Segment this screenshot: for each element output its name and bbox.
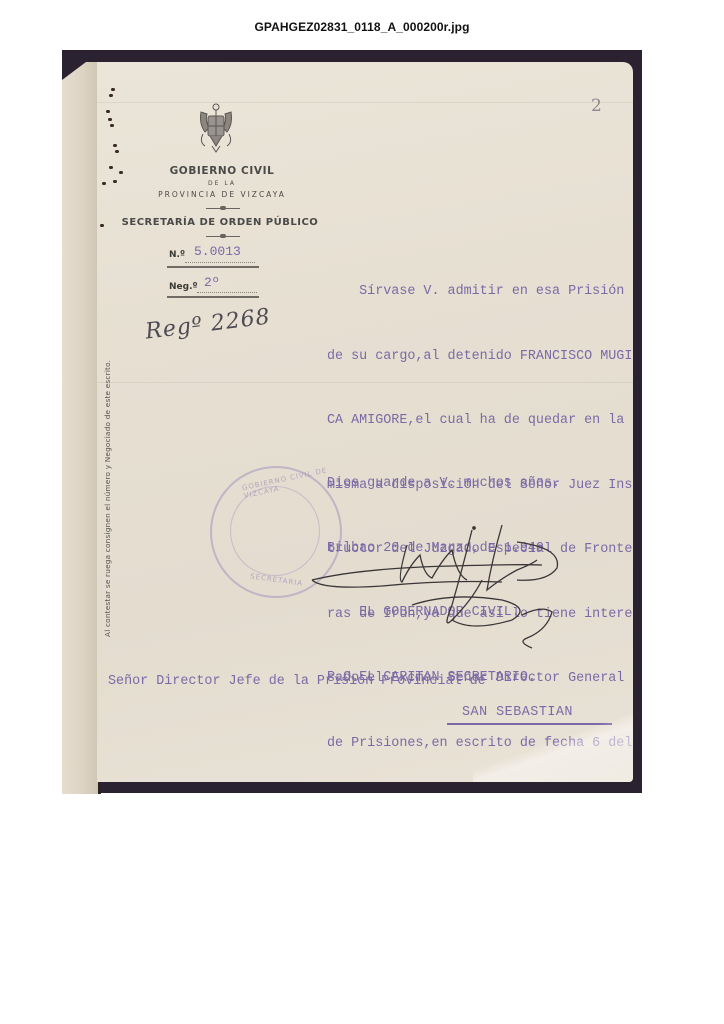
number-label: N.º — [169, 250, 185, 260]
ornament-divider — [206, 208, 240, 209]
body-line: CA AMIGORE,el cual ha de quedar en la — [327, 410, 633, 432]
letterhead-gobierno-civil: GOBIERNO CIVIL — [117, 165, 327, 177]
body-line: Sírvase V. admitir en esa Prisión — [327, 281, 633, 303]
body-line: de Prisiones,en escrito de fecha 6 del — [327, 733, 633, 755]
negociado-value: 2º — [204, 275, 220, 290]
flap-corner — [62, 50, 102, 80]
destination-city: SAN SEBASTIAN — [462, 705, 573, 720]
underline — [167, 266, 259, 268]
page-number: 2 — [591, 96, 602, 116]
dotted-line — [185, 262, 255, 263]
number-value: 5.0013 — [194, 244, 241, 259]
body-line: de su cargo,al detenido FRANCISCO MUGI- — [327, 346, 633, 368]
file-title: GPAHGEZ02831_0118_A_000200r.jpg — [0, 20, 724, 34]
stamp-bottom-text: SECRETARIA — [250, 572, 304, 587]
margin-instruction: Al contestar se ruega consignen el númer… — [103, 360, 112, 637]
handwritten-signature — [302, 520, 582, 650]
closing-line: Dios guarde a V. muchos años. — [327, 473, 633, 495]
negociado-label: Neg.º — [169, 282, 198, 292]
letterhead-provincia: PROVINCIA DE VIZCAYA — [117, 190, 327, 199]
handwritten-registry-number: Regº 2268 — [144, 304, 272, 344]
letterhead-de-la: DE LA — [117, 180, 327, 187]
coat-of-arms-eagle-icon — [195, 102, 237, 154]
paper-crease — [97, 102, 633, 103]
dotted-line — [197, 292, 257, 293]
letterhead-secretaria: SECRETARÍA DE ORDEN PÚBLICO — [110, 217, 330, 228]
folded-left-flap — [62, 62, 101, 794]
stamp-top-text: GOBIERNO CIVIL DE VIZCAYA — [241, 464, 340, 500]
destination-underline — [447, 723, 612, 725]
underline — [167, 296, 259, 298]
ornament-divider — [206, 236, 240, 237]
document-page: 2 GOBIERNO CIVIL DE LA PROVINCIA DE VIZC… — [97, 62, 633, 782]
addressee-line: Señor Director Jefe de la Prisión Provin… — [108, 674, 486, 689]
